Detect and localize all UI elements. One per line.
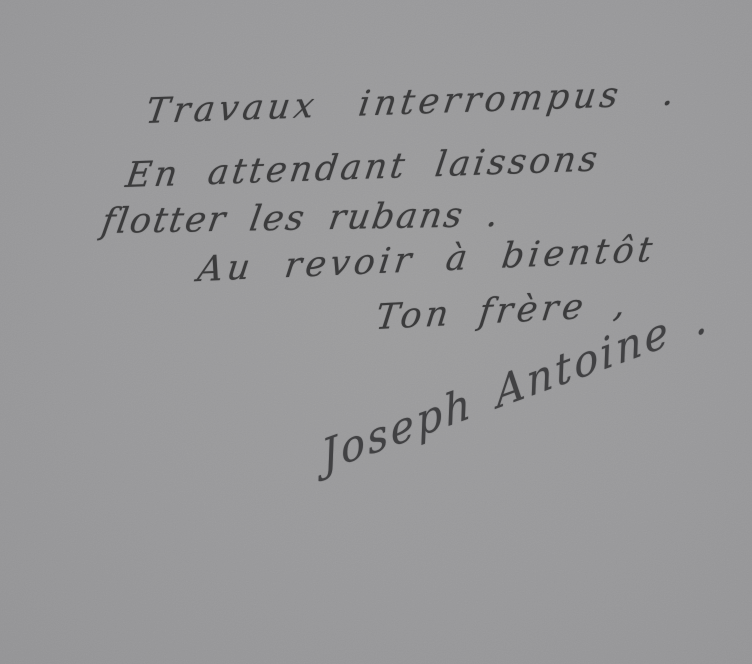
handwritten-line-3: flotter les rubans .	[99, 195, 504, 242]
handwritten-line-2: En attendant laissons	[123, 139, 603, 196]
handwritten-line-1: Travaux interrompus .	[143, 73, 681, 132]
handwritten-line-5: Ton frère ,	[374, 285, 632, 339]
letter-page: Travaux interrompus . En attendant laiss…	[0, 0, 752, 664]
